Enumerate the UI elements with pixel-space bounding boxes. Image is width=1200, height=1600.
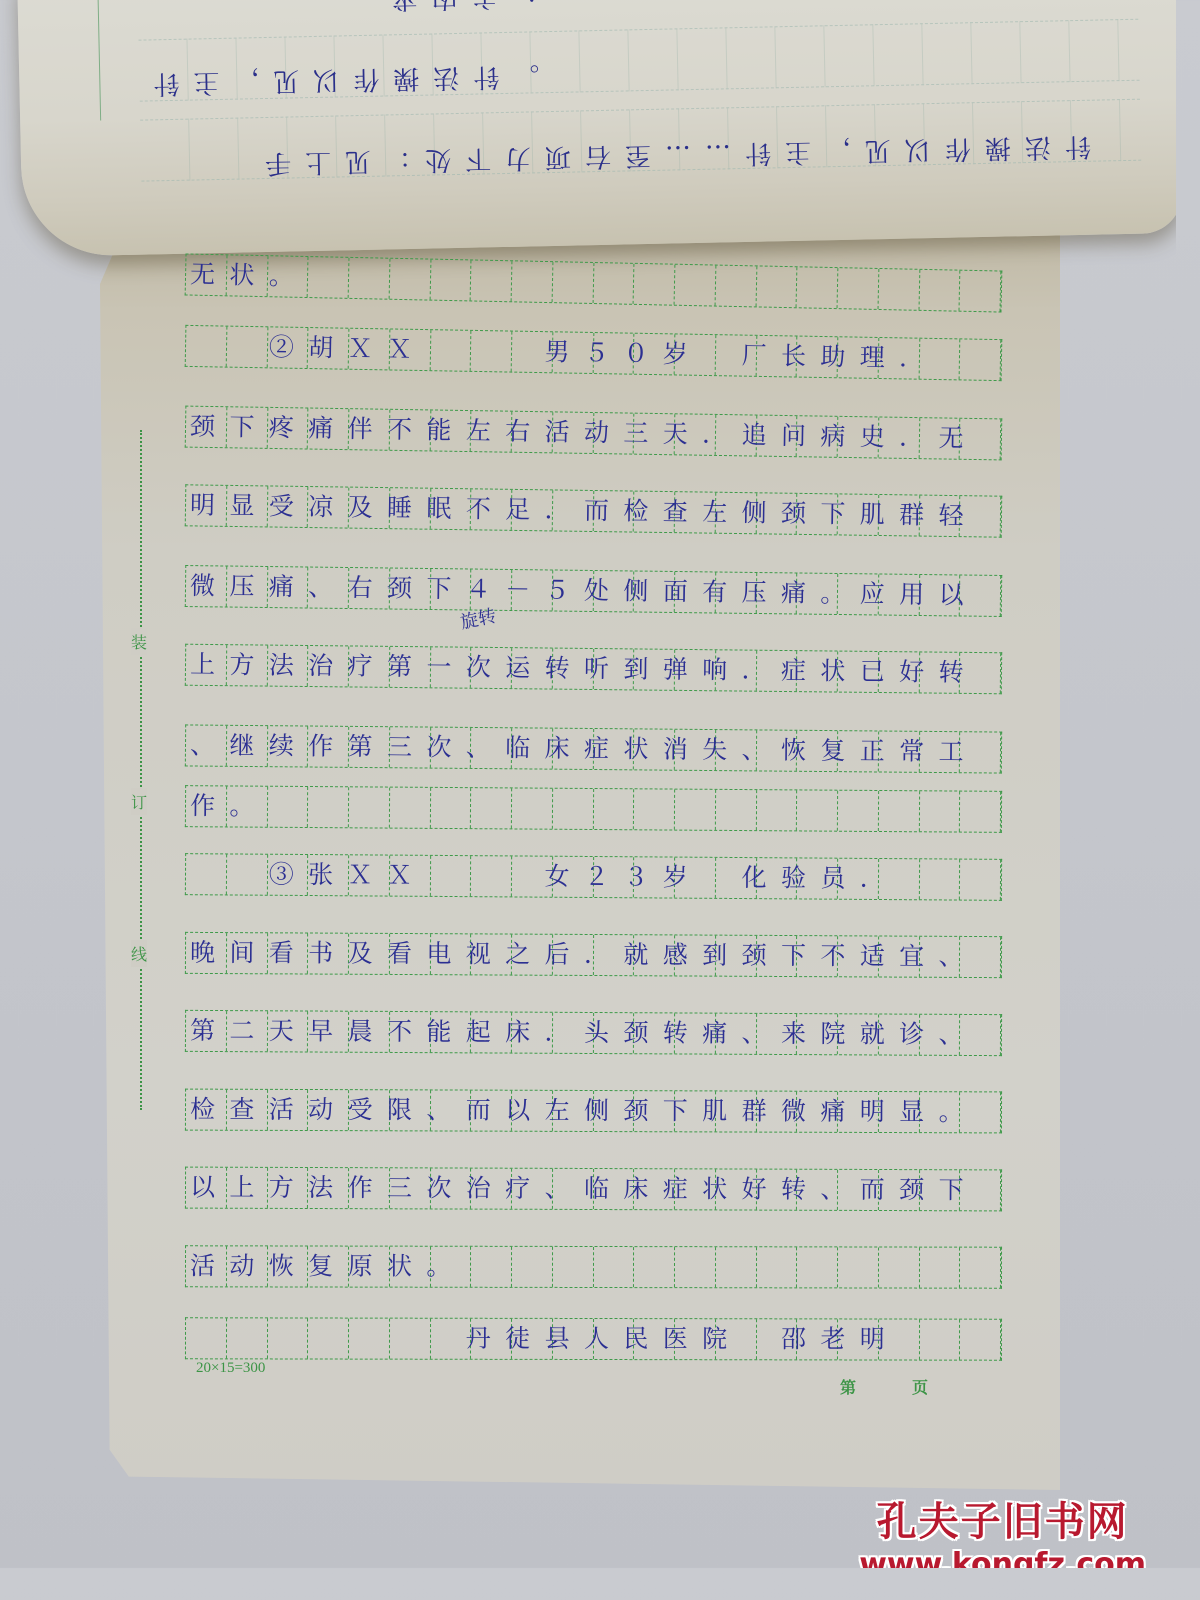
watermark-url: www.kongfz.com bbox=[859, 1547, 1146, 1568]
binding-label: 订 bbox=[131, 788, 147, 815]
binding-line bbox=[140, 430, 144, 1110]
grid-row: ③张ＸＸ 女２３岁 化验员． bbox=[185, 853, 1002, 901]
handwritten-line: ③张ＸＸ 女２３岁 化验员． bbox=[190, 858, 1001, 896]
curled-previous-page: ……：主内求 。针法操作以见，主针 针法操作以见，主针……至右项力下处：见上手 bbox=[17, 0, 1176, 257]
grid-row: 、继续作第三次、临床症状消失、恢复正常工 bbox=[185, 724, 1002, 773]
page-label-suffix: 页 bbox=[912, 1375, 928, 1398]
handwritten-line: 检查活动受限、而以左侧颈下肌群微痛明显。 bbox=[190, 1094, 1001, 1129]
curl-text-line: 。针法操作以见，主针 bbox=[139, 59, 540, 104]
grid-row: 活动恢复原状。 bbox=[185, 1245, 1002, 1288]
grid-row: 晚间看书及看电视之后．就感到颈下不适宜、 bbox=[185, 932, 1002, 978]
handwritten-line: 第二天早晨不能起床．头颈转痛、来院就诊、 bbox=[190, 1015, 1001, 1051]
page-label-prefix: 第 bbox=[840, 1375, 856, 1398]
grid-row: 第二天早晨不能起床．头颈转痛、来院就诊、 bbox=[185, 1010, 1002, 1056]
handwritten-line: 晚间看书及看电视之后．就感到颈下不适宜、 bbox=[190, 937, 1001, 973]
grid-spec: 20×15=300 bbox=[196, 1360, 265, 1377]
binding-label: 装 bbox=[131, 628, 147, 655]
watermark-name: 孔夫子旧书网 bbox=[859, 1490, 1146, 1547]
grid-row: 作。 bbox=[185, 785, 1002, 833]
watermark: 孔夫子旧书网 www.kongfz.com bbox=[859, 1490, 1146, 1568]
binding-label: 线 bbox=[131, 940, 147, 967]
curl-text-line: ……：主内求 bbox=[377, 0, 618, 20]
grid-row: 上方法治疗第一次运转听到弹响．症状已好转 bbox=[185, 644, 1002, 695]
grid-row: 检查活动受限、而以左侧颈下肌群微痛明显。 bbox=[185, 1089, 1002, 1134]
handwritten-line: 以上方法作三次治疗、临床症状好转、而颈下 bbox=[190, 1172, 1001, 1207]
curl-margin-line bbox=[97, 0, 101, 120]
grid-row: 丹徒县人民医院 邵老明 bbox=[185, 1317, 1002, 1360]
handwritten-line: 作。 bbox=[190, 790, 1001, 828]
handwritten-line: 活动恢复原状。 bbox=[190, 1250, 1001, 1283]
grid-row: 以上方法作三次治疗、临床症状好转、而颈下 bbox=[185, 1167, 1002, 1212]
handwritten-line: 丹徒县人民医院 邵老明 bbox=[190, 1322, 1001, 1355]
